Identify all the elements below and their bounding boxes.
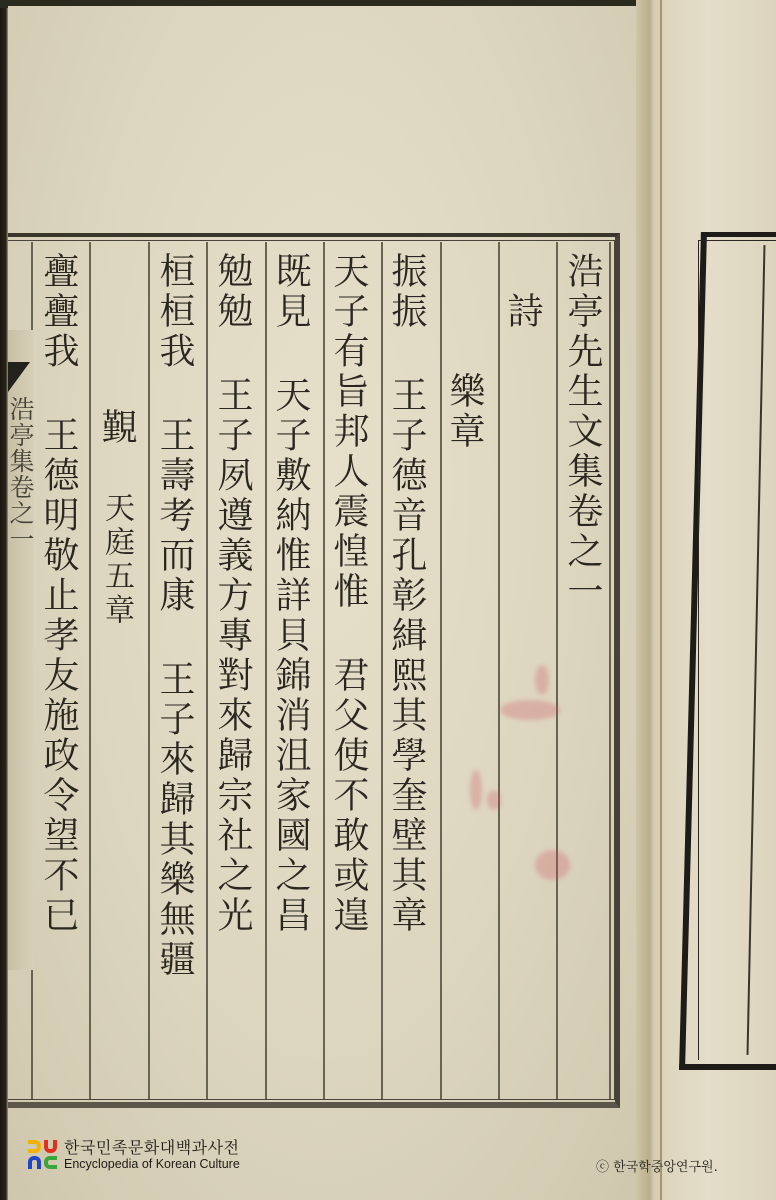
red-seal-trace — [470, 770, 482, 810]
line-body: 王德明敬止孝友施政令望不已 — [38, 416, 79, 936]
line-head: 勉勉 — [212, 252, 253, 332]
red-seal-trace — [487, 790, 501, 810]
gutter-line — [660, 0, 662, 1200]
line-head: 亹亹我 — [38, 252, 79, 372]
red-seal-trace — [500, 700, 560, 720]
volume-title: 浩亭先生文集卷之一 — [560, 252, 604, 612]
logo-english-text: Encyclopedia of Korean Culture — [64, 1158, 240, 1171]
column-rule — [206, 242, 208, 1099]
poem-line: 桓桓我王壽考而康王子來歸其樂無疆 — [152, 252, 196, 980]
line-body: 天庭五章 — [99, 492, 134, 628]
column-rule — [498, 242, 500, 1099]
section-heading: 詩 — [500, 292, 544, 332]
line-body: 君父使不敢或遑 — [328, 656, 369, 936]
line-head: 天子有旨邦人震惶惟 — [328, 252, 369, 612]
red-seal-trace — [535, 850, 570, 880]
line-head: 振振 — [386, 252, 427, 332]
line-tail: 王子來歸其樂無疆 — [154, 660, 195, 980]
column-rule — [323, 242, 325, 1099]
poem-line: 既見天子敷納惟詳貝錦消沮家國之昌 — [268, 252, 312, 936]
column-rule — [556, 242, 558, 1099]
poem-title: 樂章 — [442, 372, 486, 452]
red-seal-trace — [535, 665, 549, 695]
line-body: 王子夙遵義方專對來歸宗社之光 — [212, 376, 253, 936]
scanned-book-spread: 浩亭集卷之一 浩亭先生文集卷之一 詩 樂章 振振王子德音孔彰緝熙其學奎壁其章 天… — [0, 0, 776, 1200]
logo-korean-text: 한국민족문화대백과사전 — [64, 1140, 240, 1156]
line-body: 天子敷納惟詳貝錦消沮家國之昌 — [270, 376, 311, 936]
encyclopedia-logo[interactable]: 한국민족문화대백과사전 Encyclopedia of Korean Cultu… — [28, 1140, 240, 1171]
fold-title-text: 浩亭集卷之一 — [6, 396, 34, 552]
encyclopedia-logo-icon — [28, 1140, 58, 1170]
copyright-notice: ⓒ 한국학중앙연구원. — [596, 1156, 718, 1175]
right-page-inner-frame — [698, 240, 776, 1060]
line-body: 王子德音孔彰緝熙其學奎壁其章 — [386, 376, 427, 936]
column-rule — [609, 242, 611, 1099]
poem-line: 振振王子德音孔彰緝熙其學奎壁其章 — [384, 252, 428, 936]
poem-line: 勉勉王子夙遵義方專對來歸宗社之光 — [210, 252, 254, 936]
column-rule — [440, 242, 442, 1099]
poem-line: 天子有旨邦人震惶惟君父使不敢或遑 — [326, 252, 370, 936]
column-rule — [381, 242, 383, 1099]
column-rule — [148, 242, 150, 1099]
poem-title-line: 覲天庭五章 — [94, 408, 138, 628]
line-body: 王壽考而康 — [154, 416, 195, 616]
line-head: 覲 — [96, 408, 137, 448]
poem-line: 亹亹我王德明敬止孝友施政令望不已 — [36, 252, 80, 936]
column-rule — [89, 242, 91, 1099]
line-head: 既見 — [270, 252, 311, 332]
fish-tail-mark — [8, 362, 30, 392]
line-head: 桓桓我 — [154, 252, 195, 372]
column-rule — [265, 242, 267, 1099]
